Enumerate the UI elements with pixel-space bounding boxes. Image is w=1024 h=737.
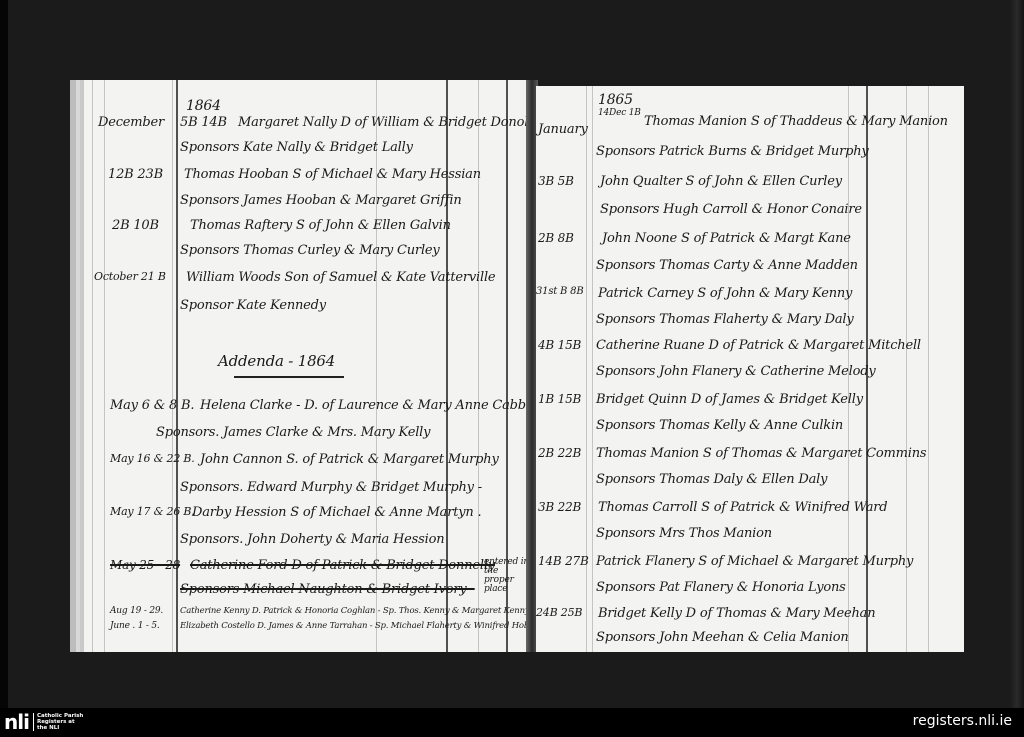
entry-dates: 1B 15B [538, 392, 581, 406]
entry-text: Sponsors John Meehan & Celia Manion [596, 630, 849, 645]
addenda-text: John Cannon S. of Patrick & Margaret Mur… [200, 452, 499, 467]
logo-divider [33, 713, 34, 731]
entry-text: John Noone S of Patrick & Margt Kane [602, 231, 851, 246]
entry-text: Sponsors Pat Flanery & Honoria Lyons [596, 580, 846, 595]
entry-text: William Woods Son of Samuel & Kate Vatte… [186, 270, 495, 285]
entry-text: Sponsors Patrick Burns & Bridget Murphy [596, 144, 869, 159]
entry-text: Sponsor Kate Kennedy [180, 298, 326, 313]
addenda-text-struck: Catherine Ford D of Patrick & Bridget Do… [190, 558, 495, 573]
left-page: 1864 December 5B 14B Margaret Nally D of… [70, 80, 534, 652]
entry-text: Margaret Nally D of William & Bridget Do… [238, 115, 534, 130]
entry-dates: 4B 15B [538, 338, 581, 352]
entry-text: Sponsors Thomas Carty & Anne Madden [596, 258, 858, 273]
scan-left-edge [0, 0, 8, 708]
year-heading: 1864 [186, 98, 221, 114]
entry-month: January [538, 122, 588, 137]
addenda-text: Sponsors. Edward Murphy & Bridget Murphy… [180, 480, 482, 495]
entry-dates: 31st B 8B [536, 286, 584, 297]
entry-dates: 3B 5B [538, 174, 574, 188]
entry-text: Patrick Flanery S of Michael & Margaret … [596, 554, 913, 569]
footer-bar [0, 708, 1024, 737]
addenda-dates: May 17 & 26 B. [110, 505, 195, 518]
entry-text: Sponsors James Hooban & Margaret Griffin [180, 193, 462, 208]
entry-text: Thomas Carroll S of Patrick & Winifred W… [598, 500, 887, 515]
entry-text: Sponsors Hugh Carroll & Honor Conaire [600, 202, 862, 217]
entry-text: Sponsors Thomas Daly & Ellen Daly [596, 472, 827, 487]
addenda-dates: June . 1 - 5. [110, 621, 160, 631]
year-heading: 1865 [598, 92, 633, 108]
entry-text: Sponsors Thomas Flaherty & Mary Daly [596, 312, 854, 327]
entry-text: Sponsors Thomas Curley & Mary Curley [180, 243, 440, 258]
entry-dates: 2B 10B [112, 218, 159, 233]
site-url-link[interactable]: registers.nli.ie [913, 713, 1012, 729]
entry-text: Thomas Manion S of Thaddeus & Mary Manio… [644, 114, 948, 129]
addenda-text-struck: Sponsors Michael Naughton & Bridget Ivor… [180, 582, 475, 597]
entry-dates: 24B 25B [536, 606, 582, 619]
addenda-dates: Aug 19 - 29. [110, 606, 163, 616]
entry-text: Catherine Ruane D of Patrick & Margaret … [596, 338, 921, 353]
entry-text: Bridget Kelly D of Thomas & Mary Meehan [598, 606, 875, 621]
entry-dates: October 21 B [94, 270, 166, 283]
scan-right-edge [1010, 0, 1024, 708]
addenda-text: Catherine Kenny D. Patrick & Honoria Cog… [180, 606, 529, 616]
entry-text: Thomas Raftery S of John & Ellen Galvin [190, 218, 451, 233]
entry-text: Thomas Manion S of Thomas & Margaret Com… [596, 446, 926, 461]
addenda-heading: Addenda - 1864 [218, 352, 335, 370]
entry-dates: 14Dec 1B [598, 108, 641, 118]
nli-logo-mark: nli [4, 712, 29, 732]
right-page: 1865 14Dec 1B January Thomas Manion S of… [536, 86, 964, 652]
entry-dates: 3B 22B [538, 500, 581, 514]
entry-dates: 14B 27B [538, 554, 589, 568]
margin-note: entered in the proper place [484, 558, 530, 594]
entry-text: Sponsors Kate Nally & Bridget Lally [180, 140, 413, 155]
addenda-text: Sponsors. James Clarke & Mrs. Mary Kelly [156, 425, 430, 440]
nli-logo[interactable]: nli Catholic Parish Registers at the NLI [4, 712, 83, 732]
entry-text: Thomas Hooban S of Michael & Mary Hessia… [184, 167, 481, 182]
entry-dates: 2B 22B [538, 446, 581, 460]
entry-text: Sponsors Thomas Kelly & Anne Culkin [596, 418, 843, 433]
entry-dates: 5B 14B [180, 115, 227, 130]
entry-month: December [98, 115, 164, 130]
addenda-text: Sponsors. John Doherty & Maria Hession [180, 532, 444, 547]
entry-text: Bridget Quinn D of James & Bridget Kelly [596, 392, 863, 407]
entry-text: Sponsors John Flanery & Catherine Melody [596, 364, 875, 379]
entry-text: Patrick Carney S of John & Mary Kenny [598, 286, 852, 301]
logo-caption-line: the NLI [37, 725, 83, 731]
addenda-dates-struck: May 25 - 28 [110, 558, 180, 572]
entry-text: John Qualter S of John & Ellen Curley [600, 174, 842, 189]
addenda-text: Darby Hession S of Michael & Anne Martyn… [192, 505, 481, 520]
addenda-text: Helena Clarke - D. of Laurence & Mary An… [200, 398, 534, 413]
addenda-dates: May 6 & 8 B. [110, 398, 194, 413]
entry-dates: 12B 23B [108, 167, 163, 182]
register-book: 1864 December 5B 14B Margaret Nally D of… [70, 80, 970, 652]
logo-caption: Catholic Parish Registers at the NLI [37, 713, 83, 731]
entry-text: Sponsors Mrs Thos Manion [596, 526, 772, 541]
entry-dates: 2B 8B [538, 231, 574, 245]
addenda-text: Elizabeth Costello D. James & Anne Tarra… [180, 621, 534, 631]
addenda-dates: May 16 & 22 B. [110, 452, 195, 465]
